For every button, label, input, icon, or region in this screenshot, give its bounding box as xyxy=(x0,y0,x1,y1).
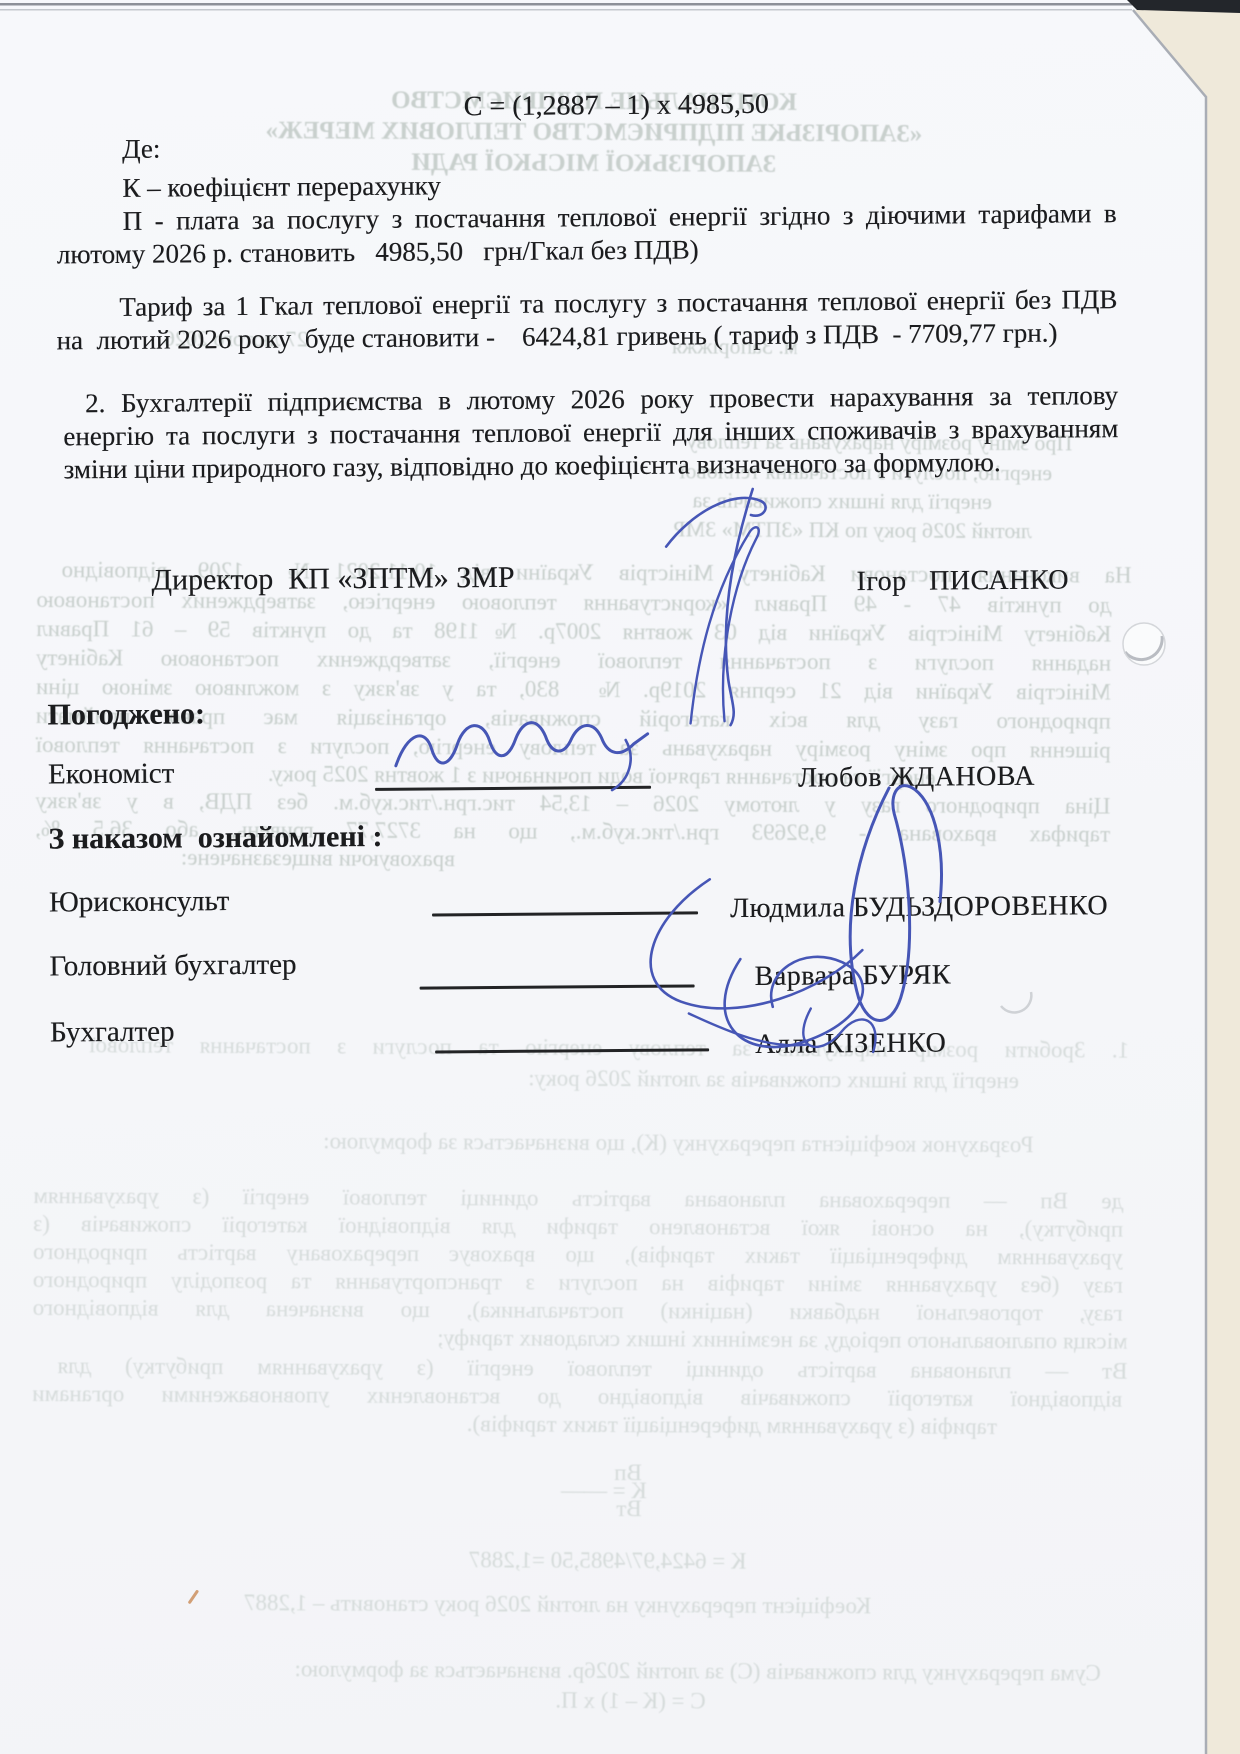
pen-tick-mark xyxy=(188,1589,200,1604)
acknowledged-signatures-ink xyxy=(559,759,1031,1073)
economist-title: Економіст xyxy=(48,758,175,792)
document-content: С = (1,2887 – 1) х 4985,50 Де: К – коефі… xyxy=(0,0,1240,1754)
definition-de: Де: xyxy=(122,134,160,165)
definition-k: К – коефіцієнт перерахунку xyxy=(122,170,441,204)
tariff-paragraph-line1: Тариф за 1 Гкал теплової енергії та посл… xyxy=(119,284,1117,323)
definition-p-line2: лютому 2026 р. становить 4985,50 грн/Гка… xyxy=(57,234,699,270)
acknowledged-heading: З наказом ознайомлені : xyxy=(48,820,382,857)
item2-line3: зміни ціни природного газу, відповідно д… xyxy=(63,447,1000,485)
row-title-chief-accountant: Головний бухгалтер xyxy=(49,949,296,984)
scanned-document-page: КОМУНАЛЬНЕ ПІДПРИЄМСТВО«ЗАПОРІЗЬКЕ ПІДПР… xyxy=(0,0,1240,1754)
row-title-accountant: Бухгалтер xyxy=(50,1016,175,1050)
director-name: Ігор ПИСАНКО xyxy=(856,564,1069,598)
director-title: Директор КП «ЗПТМ» ЗМР xyxy=(151,561,514,598)
row-title-jurisconsult: Юрисконсульт xyxy=(49,885,230,920)
definition-p-line1: П - плата за послугу з постачання теплов… xyxy=(122,198,1116,237)
approved-heading: Погоджено: xyxy=(47,697,205,733)
formula-line: С = (1,2887 – 1) х 4985,50 xyxy=(464,89,769,124)
tariff-paragraph-line2: на лютий 2026 року буде становити - 6424… xyxy=(56,318,1057,357)
director-signature-ink xyxy=(651,471,813,732)
